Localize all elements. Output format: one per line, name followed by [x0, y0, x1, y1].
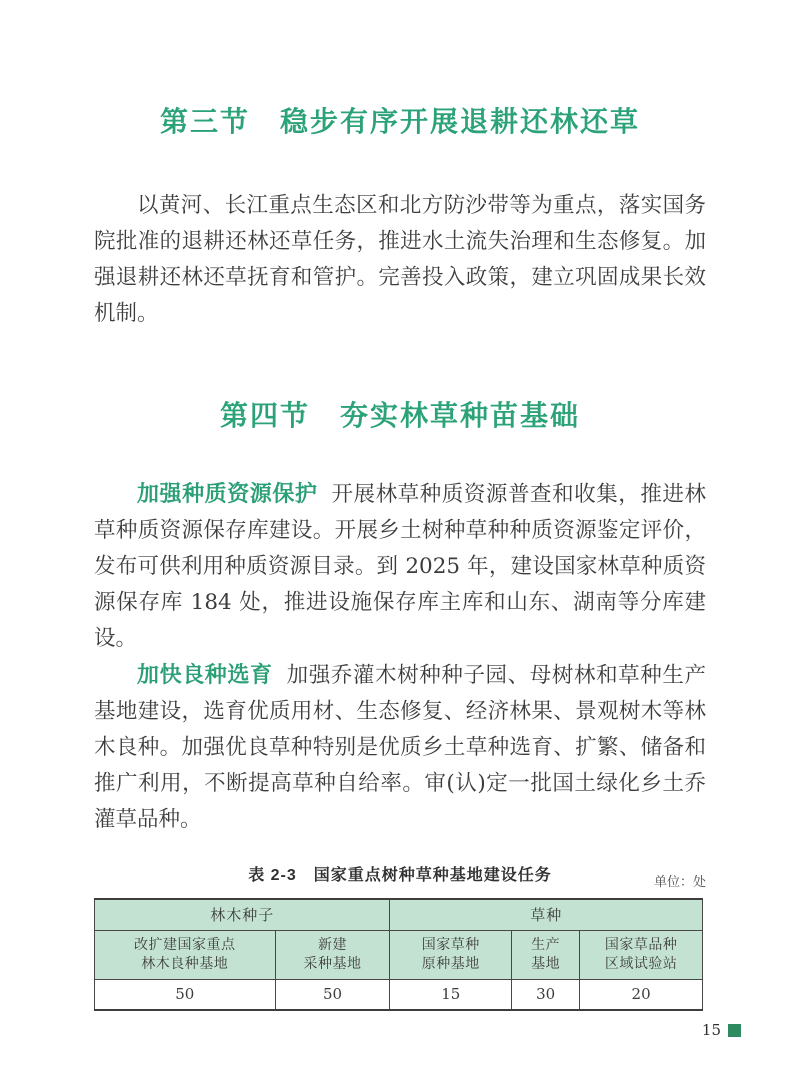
section-4-paragraph-2: 加快良种选育加强乔灌木树种种子园、母树林和草种生产基地建设，选育优质用材、生态修… — [94, 657, 706, 838]
page-number: 15 — [702, 1021, 721, 1039]
column-header: 新建 采种基地 — [275, 930, 390, 979]
paragraph-lead-breeding: 加快良种选育 — [137, 662, 273, 687]
table-group-header-row: 林木种子 草种 — [95, 899, 703, 930]
page-footer: 15 — [702, 1021, 741, 1039]
value-cell: 20 — [580, 979, 703, 1010]
seed-base-table: 林木种子 草种 改扩建国家重点 林木良种基地 新建 采种基地 国家草种 原种基地… — [94, 898, 703, 1011]
value-cell: 50 — [275, 979, 390, 1010]
paragraph-lead-germplasm: 加强种质资源保护 — [137, 481, 318, 506]
column-header: 国家草品种 区域试验站 — [580, 930, 703, 979]
table-value-row: 50 50 15 30 20 — [95, 979, 703, 1010]
value-cell: 50 — [95, 979, 276, 1010]
page-content: 第三节 稳步有序开展退耕还林还草 以黄河、长江重点生态区和北方防沙带等为重点，落… — [94, 102, 706, 1011]
table-column-header-row: 改扩建国家重点 林木良种基地 新建 采种基地 国家草种 原种基地 生产 基地 国… — [95, 930, 703, 979]
section-3-title: 第三节 稳步有序开展退耕还林还草 — [94, 102, 706, 142]
column-header: 生产 基地 — [512, 930, 580, 979]
footer-square-icon — [728, 1024, 741, 1037]
column-header: 国家草种 原种基地 — [390, 930, 512, 979]
column-header: 改扩建国家重点 林木良种基地 — [95, 930, 276, 979]
paragraph-text: 开展林草种质资源普查和收集，推进林草种质资源保存库建设。开展乡土树种草种种质资源… — [94, 482, 706, 651]
section-4-paragraph-1: 加强种质资源保护开展林草种质资源普查和收集，推进林草种质资源保存库建设。开展乡土… — [94, 476, 706, 657]
table-caption: 表 2-3 国家重点树种草种基地建设任务 — [248, 867, 552, 884]
section-4-title: 第四节 夯实林草种苗基础 — [94, 396, 706, 436]
value-cell: 15 — [390, 979, 512, 1010]
table-caption-row: 表 2-3 国家重点树种草种基地建设任务 单位：处 — [94, 864, 706, 888]
paragraph-text: 加强乔灌木树种种子园、母树林和草种生产基地建设，选育优质用材、生态修复、经济林果… — [94, 663, 706, 832]
value-cell: 30 — [512, 979, 580, 1010]
group-header-grass-seeds: 草种 — [390, 899, 703, 930]
group-header-tree-seeds: 林木种子 — [95, 899, 390, 930]
table-unit-label: 单位：处 — [654, 871, 706, 890]
section-3-paragraph: 以黄河、长江重点生态区和北方防沙带等为重点，落实国务院批准的退耕还林还草任务，推… — [94, 188, 706, 332]
